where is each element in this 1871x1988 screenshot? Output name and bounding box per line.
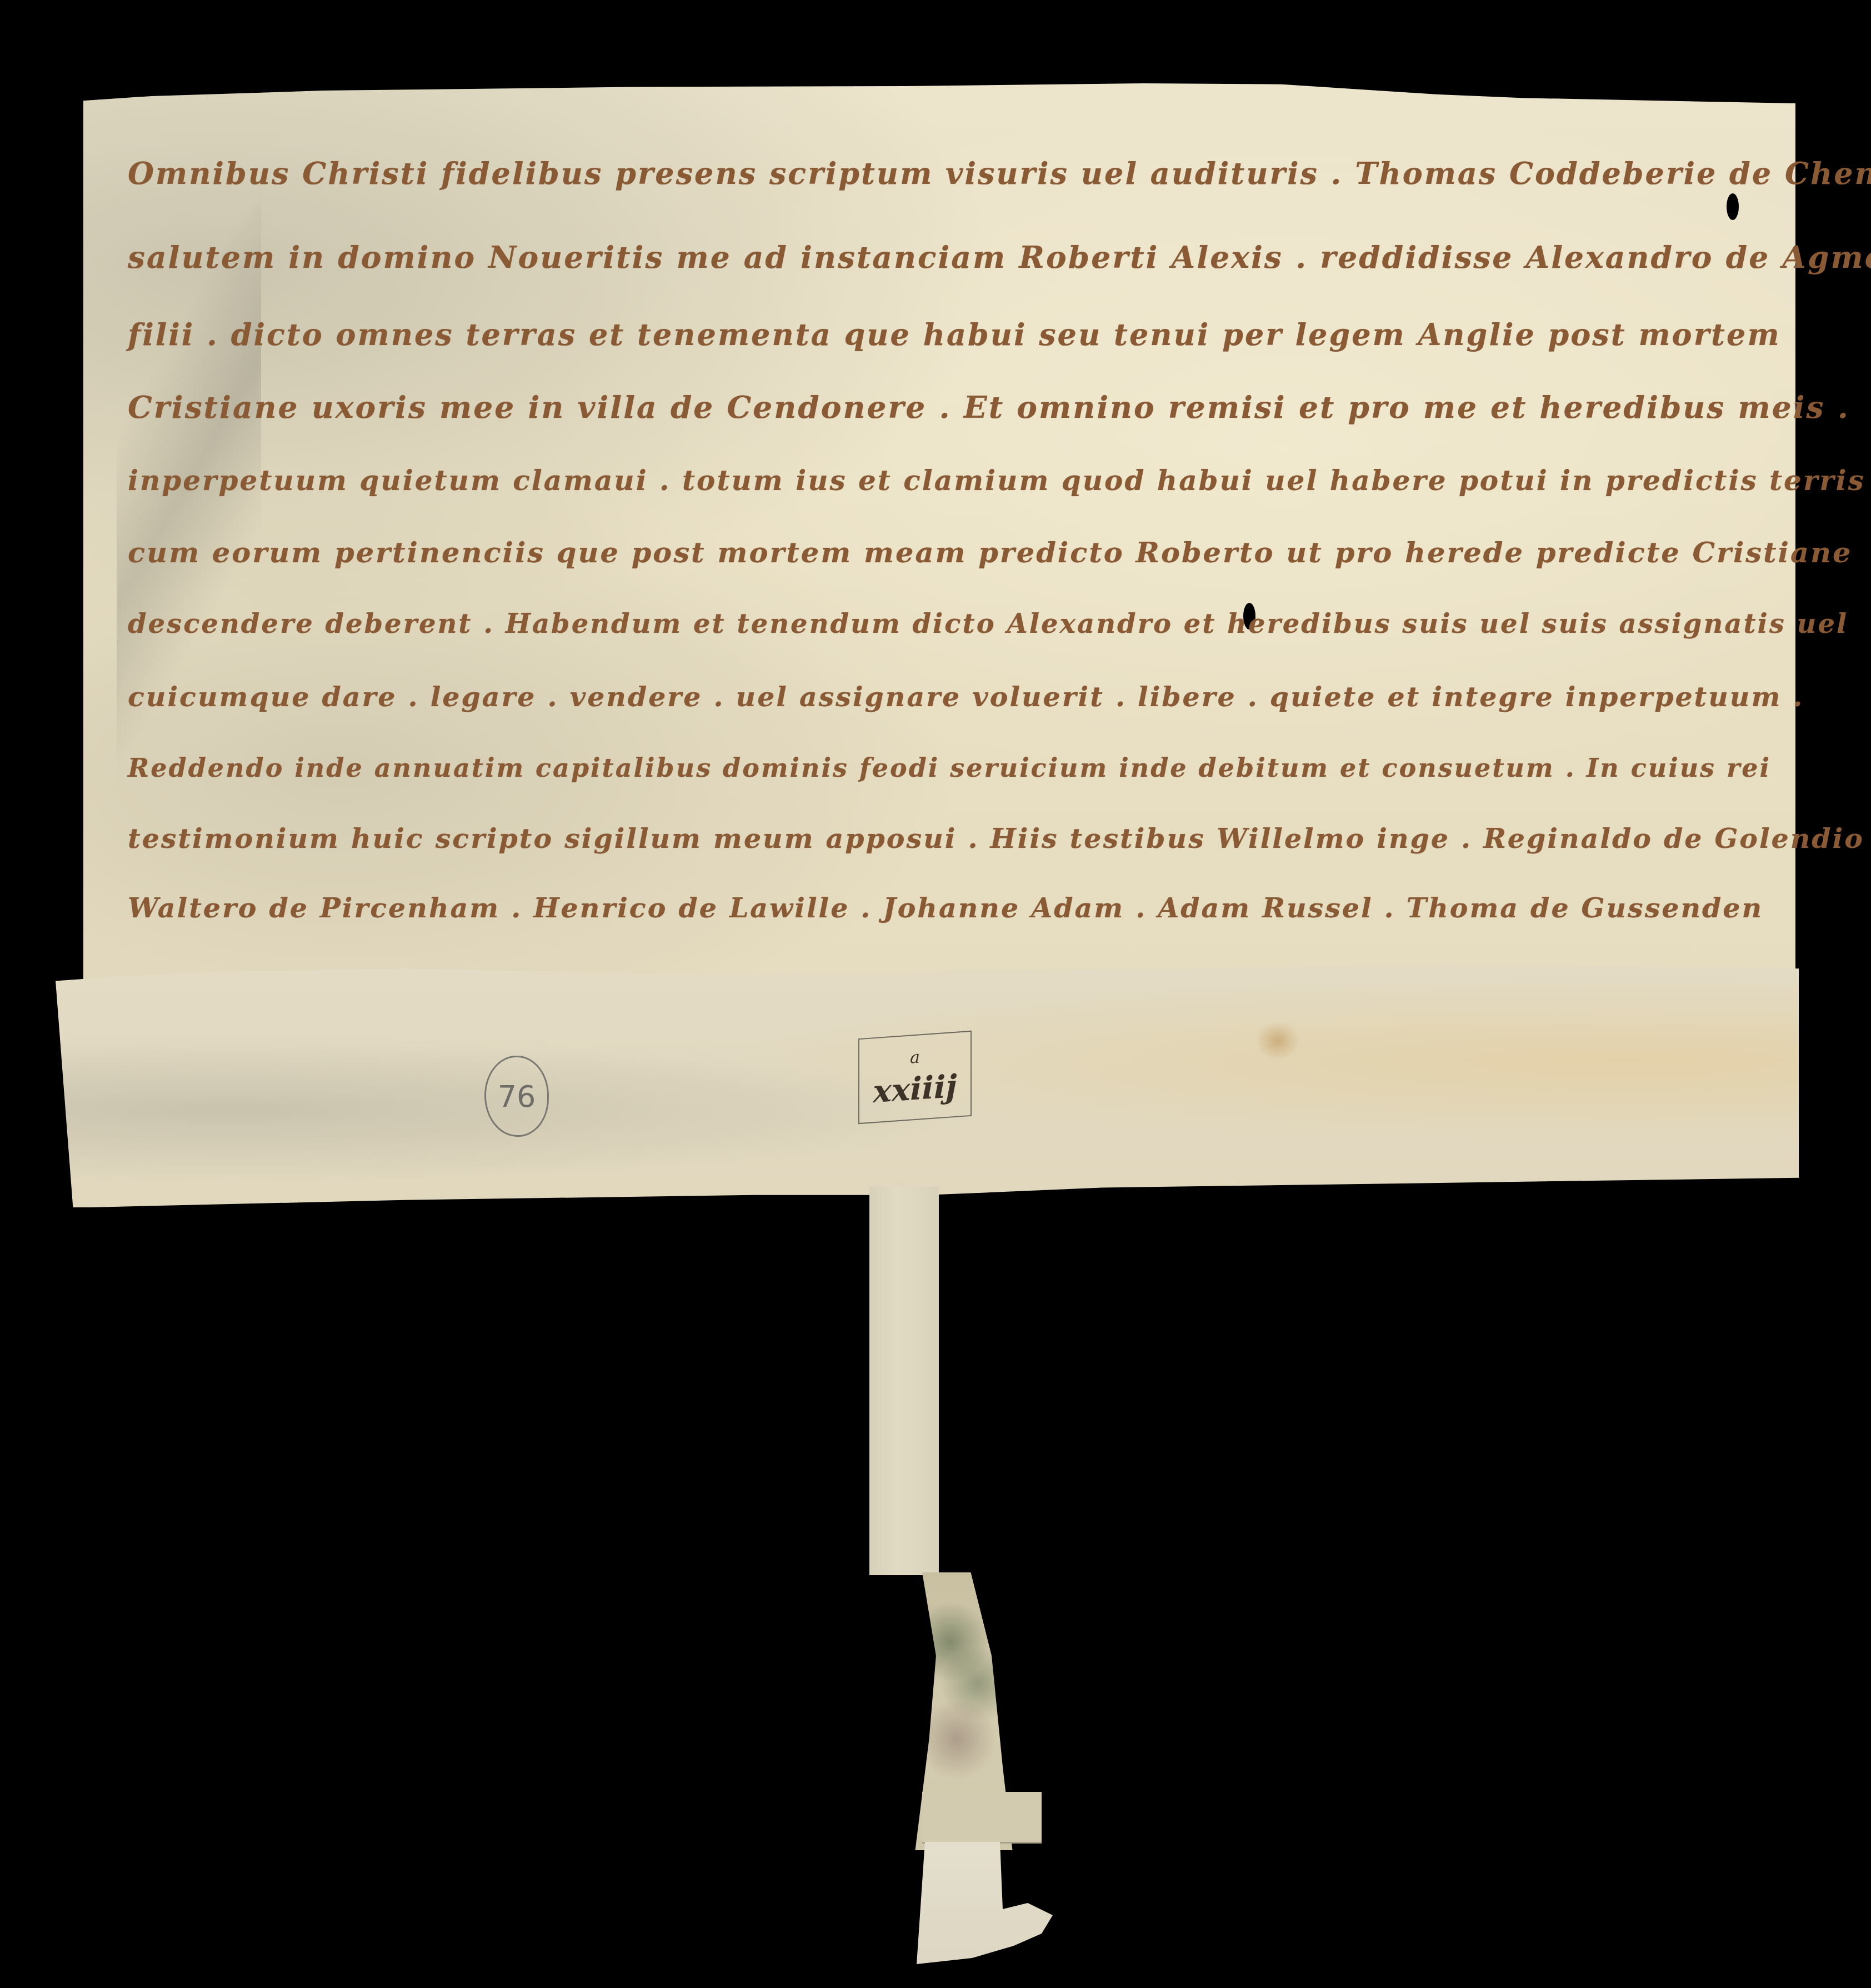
pencil-number: 76 [484,1056,549,1137]
text-line: Waltero de Pircenham . Henrico de Lawill… [128,892,1763,924]
text-line: Cristiane uxoris mee in villa de Cendone… [128,389,1850,425]
shelfmark-superscript: a [910,1047,920,1067]
pencil-number-text: 76 [498,1079,536,1114]
parchment-stain [1255,1021,1300,1060]
parchment-hole [1727,193,1739,220]
text-line: inperpetuum quietum clamaui . totum ius … [128,464,1865,497]
shelfmark-box: a xxiiij [858,1031,972,1124]
text-line: filii . dicto omnes terras et tenementa … [128,317,1781,352]
seal-tag-fold [922,1792,1042,1844]
text-line: salutem in domino Noueritis me ad instan… [128,239,1871,275]
text-line: descendere deberent . Habendum et tenend… [128,608,1848,640]
text-line: testimonium huic scripto sigillum meum a… [128,822,1864,855]
seal-tag [869,1186,939,1575]
text-line: cum eorum pertinenciis que post mortem m… [128,536,1853,570]
seal-tag-torn-tip [917,1842,1055,1964]
text-line: Reddendo inde annuatim capitalibus domin… [128,753,1771,783]
shelfmark-number: xxiiij [873,1067,957,1110]
text-line: Omnibus Christi fidelibus presens script… [128,156,1871,191]
text-line: cuicumque dare . legare . vendere . uel … [128,681,1804,713]
photograph-background: Omnibus Christi fidelibus presens script… [0,0,1871,1988]
